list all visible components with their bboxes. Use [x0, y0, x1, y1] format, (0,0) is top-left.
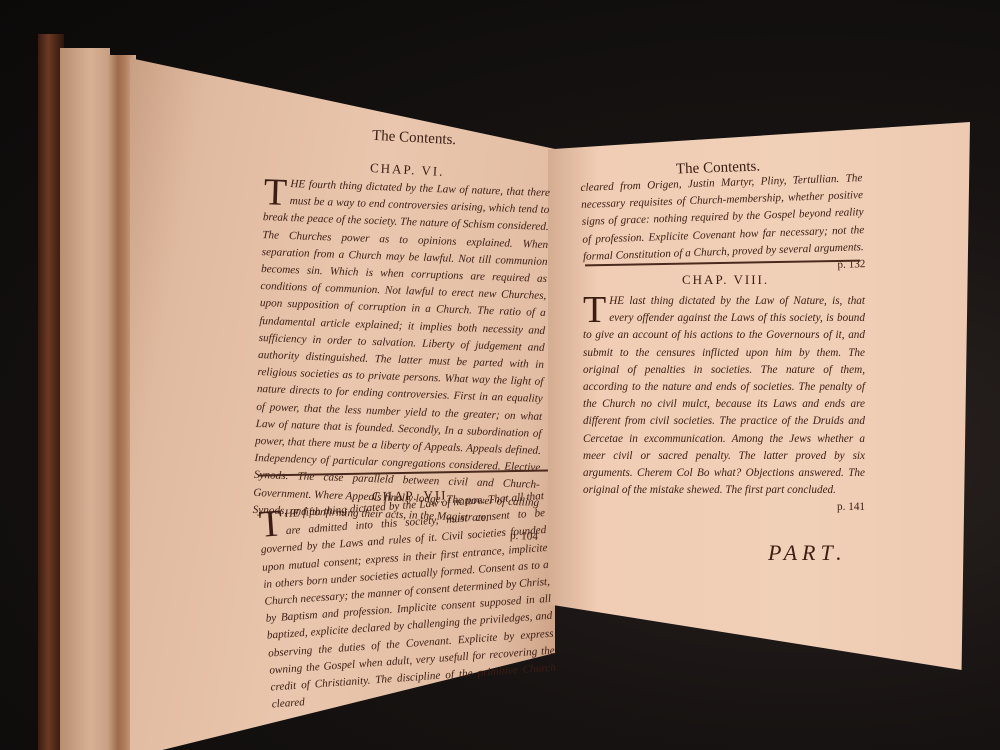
flyleaf-edge	[60, 48, 110, 750]
chapter-8-dropcap: T	[583, 295, 606, 325]
chapter-7-summary: THE fifth thing dictated by the Law of n…	[258, 488, 558, 714]
chapter-6-dropcap: T	[263, 177, 287, 208]
chapter-7-dropcap: T	[258, 508, 283, 540]
chapter-8-heading: CHAP. VIII.	[682, 272, 769, 288]
chapter-8-page-ref: p. 141	[583, 499, 865, 516]
chapter-7-continuation: cleared from Origen, Justin Martyr, Plin…	[580, 170, 865, 283]
chapter-8-summary: THE last thing dictated by the Law of Na…	[583, 293, 865, 517]
part-catchword: PART.	[768, 540, 847, 566]
